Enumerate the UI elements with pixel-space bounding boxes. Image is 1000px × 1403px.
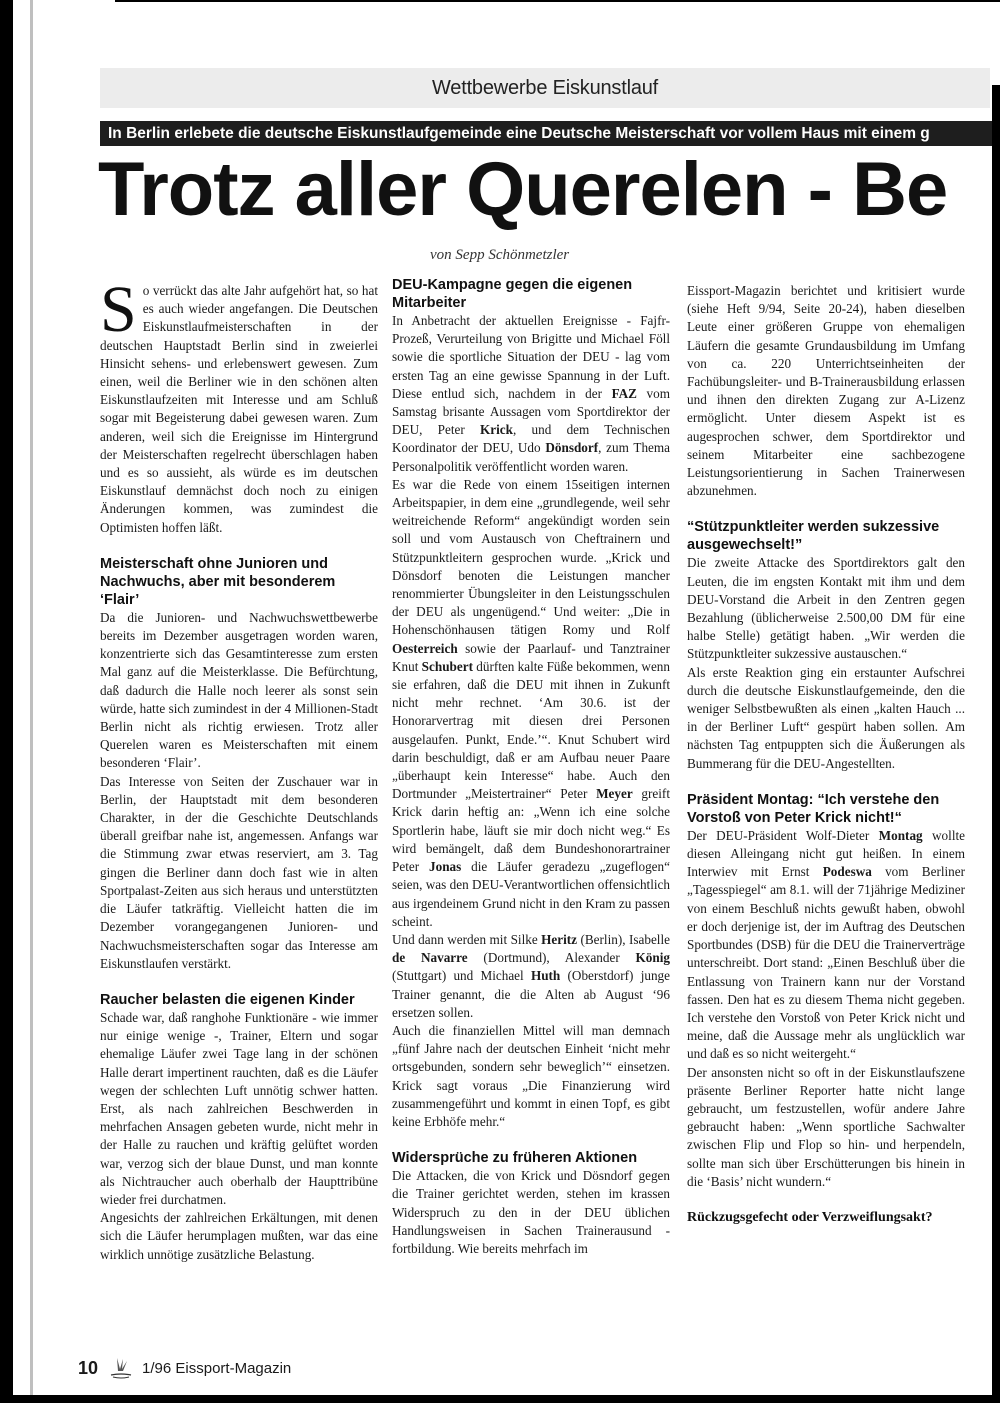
paragraph: In Anbetracht der aktuellen Ereignisse -… xyxy=(392,312,670,476)
section-header: Wettbewerbe Eiskunstlauf xyxy=(100,68,990,108)
scan-left-edge xyxy=(0,0,13,1403)
subheading: “Stützpunktleiter werden sukzessive ausg… xyxy=(687,518,965,554)
paragraph: Da die Junioren- und Nachwuchswettbewerb… xyxy=(100,609,378,773)
section-title: Wettbewerbe Eiskunstlauf xyxy=(432,77,658,100)
subheading: Meisterschaft ohne Junioren und Nachwuch… xyxy=(100,555,378,609)
article-column-1: So verrückt das alte Jahr aufgehört hat,… xyxy=(100,282,378,1264)
page-footer: 10 1/96 Eissport-Magazin xyxy=(78,1355,291,1381)
scan-bottom-edge xyxy=(0,1395,1000,1403)
paragraph: Auch die finanziellen Mittel will man de… xyxy=(392,1022,670,1131)
page-number: 10 xyxy=(78,1358,98,1379)
paragraph: Der DEU-Präsident Wolf-Dieter Montag wol… xyxy=(687,827,965,1064)
paragraph: Es war die Rede von einem 15seitigen int… xyxy=(392,476,670,931)
paragraph: Und dann werden mit Silke Heritz (Berlin… xyxy=(392,931,670,1022)
issue-label: 1/96 Eissport-Magazin xyxy=(142,1360,291,1377)
subheading: Raucher belasten die eigenen Kinder xyxy=(100,991,378,1009)
article-column-2: DEU-Kampagne gegen die eigenen Mitarbeit… xyxy=(392,276,670,1258)
subheading: Widersprüche zu früheren Aktionen xyxy=(392,1149,670,1167)
subheading: Präsident Montag: “Ich verstehe den Vors… xyxy=(687,791,965,827)
paragraph: Die zweite Attacke des Sportdirektors ga… xyxy=(687,554,965,663)
scan-right-edge xyxy=(992,85,1000,1403)
drop-cap: S xyxy=(100,284,137,336)
paragraph: Eissport-Magazin berichtet und kritisier… xyxy=(687,282,965,500)
paragraph: Das Interesse von Seiten der Zuschauer w… xyxy=(100,773,378,973)
paragraph: Schade war, daß ranghohe Funktionäre - w… xyxy=(100,1009,378,1209)
paragraph: Die Attacken, die von Krick und Dösndorf… xyxy=(392,1167,670,1258)
paragraph: Der ansonsten nicht so oft in der Eiskun… xyxy=(687,1064,965,1191)
scan-binding-line xyxy=(30,0,33,1403)
kicker-bar: In Berlin erlebete die deutsche Eiskunst… xyxy=(100,121,992,146)
subheading: Rückzugsgefecht oder Verzweiflungsakt? xyxy=(687,1209,965,1227)
byline: von Sepp Schönmetzler xyxy=(430,247,569,264)
subheading: DEU-Kampagne gegen die eigenen Mitarbeit… xyxy=(392,276,670,312)
skater-logo-icon xyxy=(108,1355,134,1381)
paragraph: Als erste Reaktion ging ein erstaunter A… xyxy=(687,664,965,773)
paragraph: Angesichts der zahlreichen Erkältungen, … xyxy=(100,1209,378,1264)
article-column-3: Eissport-Magazin berichtet und kritisier… xyxy=(687,282,965,1227)
intro-paragraph: So verrückt das alte Jahr aufgehört hat,… xyxy=(100,282,378,537)
headline: Trotz aller Querelen - Be xyxy=(98,150,992,230)
scan-top-edge xyxy=(115,0,1000,2)
